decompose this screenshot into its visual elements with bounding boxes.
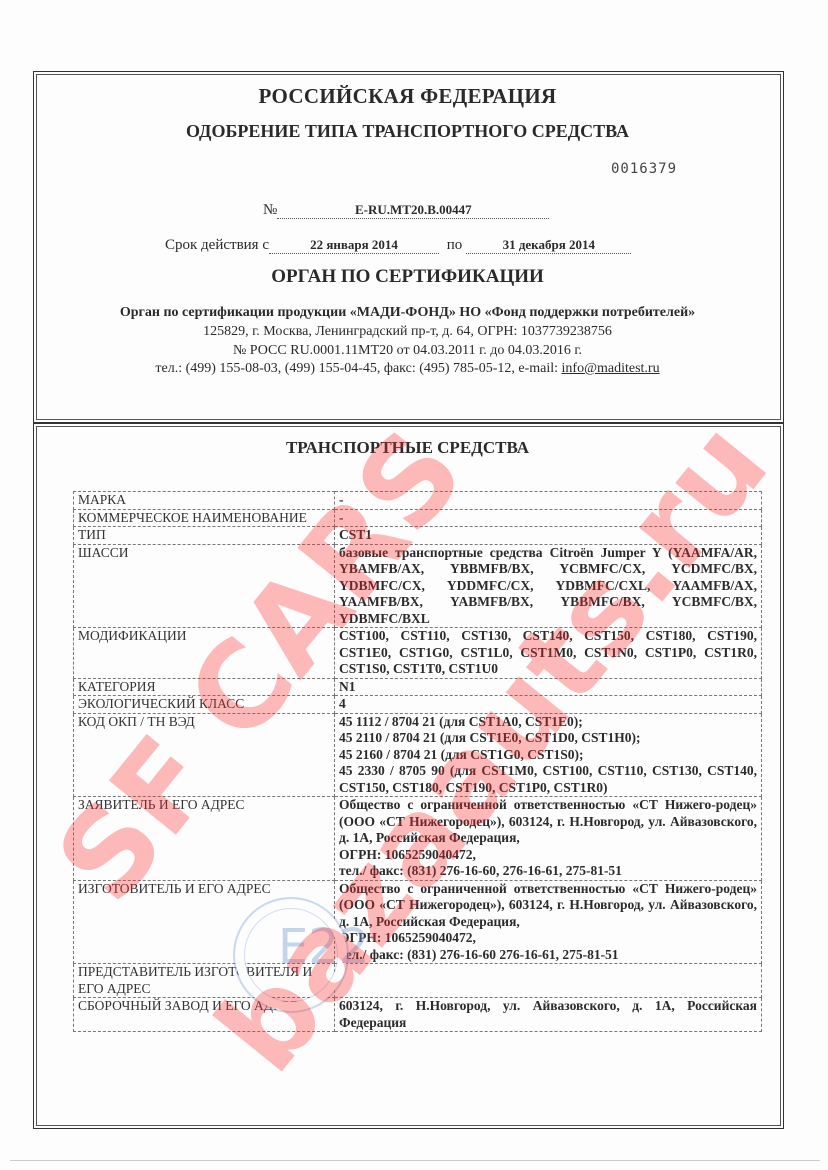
certification-body-title: ОРГАН ПО СЕРТИФИКАЦИИ [33, 266, 782, 288]
certification-body-accreditation: № РОСС RU.0001.11МТ20 от 04.03.2011 г. д… [33, 341, 782, 360]
row-value-line: Общество с ограниченной ответственностью… [339, 797, 757, 847]
row-value: 603124, г. Н.Новгород, ул. Айвазовского,… [335, 998, 762, 1032]
row-value-line: 45 2330 / 8705 90 (для CST1M0, CST100, C… [339, 763, 757, 796]
row-label: МАРКА [74, 492, 335, 510]
valid-from: 22 января 2014 [269, 237, 439, 254]
table-row: ПРЕДСТАВИТЕЛЬ ИЗГОТОВИТЕЛЯ И ЕГО АДРЕС- [74, 964, 762, 998]
row-value-line: тел./ факс: (831) 276-16-60, 276-16-61, … [339, 863, 757, 880]
row-value-line: 45 2160 / 8704 21 (для CST1G0, CST1S0); [339, 747, 757, 764]
document-title: ОДОБРЕНИЕ ТИПА ТРАНСПОРТНОГО СРЕДСТВА [33, 121, 782, 142]
stamp-mark: E22 [278, 919, 369, 975]
row-value: CST100, CST110, CST130, CST140, CST150, … [335, 628, 762, 679]
row-value: Общество с ограниченной ответственностью… [335, 880, 762, 964]
serial-number: 0016379 [611, 161, 677, 177]
page-edge [10, 1160, 820, 1161]
validity-label: Срок действия с [165, 237, 269, 253]
row-value: - [335, 509, 762, 527]
row-value: CST1 [335, 527, 762, 545]
certification-body-address: 125829, г. Москва, Ленинградский пр-т, д… [33, 322, 782, 341]
table-row: КОММЕРЧЕСКОЕ НАИМЕНОВАНИЕ- [74, 509, 762, 527]
approval-number-row: №E-RU.MT20.B.00447 [263, 202, 549, 219]
row-label: КОД ОКП / ТН ВЭД [74, 713, 335, 797]
table-row: ИЗГОТОВИТЕЛЬ И ЕГО АДРЕСОбщество с огран… [74, 880, 762, 964]
row-label: МОДИФИКАЦИИ [74, 628, 335, 679]
approval-number: E-RU.MT20.B.00447 [277, 202, 549, 219]
validity-row: Срок действия с22 января 2014 по31 декаб… [165, 237, 631, 254]
certification-body-name: Орган по сертификации продукции «МАДИ-ФО… [33, 303, 782, 322]
vehicle-table: МАРКА-КОММЕРЧЕСКОЕ НАИМЕНОВАНИЕ-ТИПCST1Ш… [73, 491, 762, 1032]
table-row: СБОРОЧНЫЙ ЗАВОД И ЕГО АДРЕС603124, г. Н.… [74, 998, 762, 1032]
row-value-line: ОГРН: 1065259040472, [339, 847, 757, 864]
table-row: МОДИФИКАЦИИCST100, CST110, CST130, CST14… [74, 628, 762, 679]
number-label: № [263, 202, 277, 218]
table-row: ЭКОЛОГИЧЕСКИЙ КЛАСС4 [74, 696, 762, 714]
validity-to-label: по [447, 237, 463, 253]
row-label: ЭКОЛОГИЧЕСКИЙ КЛАСС [74, 696, 335, 714]
row-label: ЗАЯВИТЕЛЬ И ЕГО АДРЕС [74, 797, 335, 881]
row-value-line: ОГРН: 1065259040472, [339, 930, 757, 947]
row-label: КАТЕГОРИЯ [74, 678, 335, 696]
table-row: ТИПCST1 [74, 527, 762, 545]
email-link[interactable]: info@maditest.ru [562, 361, 660, 376]
row-value: Общество с ограниченной ответственностью… [335, 797, 762, 881]
table-row: МАРКА- [74, 492, 762, 510]
row-value: - [335, 492, 762, 510]
table-row: ЗАЯВИТЕЛЬ И ЕГО АДРЕСОбщество с ограниче… [74, 797, 762, 881]
row-value: - [335, 964, 762, 998]
country-title: РОССИЙСКАЯ ФЕДЕРАЦИЯ [33, 84, 782, 109]
certification-body-contacts: тел.: (499) 155-08-03, (499) 155-04-45, … [33, 359, 782, 378]
row-value: 4 [335, 696, 762, 714]
row-label: ТИП [74, 527, 335, 545]
vehicles-title: ТРАНСПОРТНЫЕ СРЕДСТВА [33, 438, 782, 458]
row-value: 45 1112 / 8704 21 (для CST1A0, CST1E0);4… [335, 713, 762, 797]
row-value-line: тел./ факс: (831) 276-16-60 276-16-61, 2… [339, 947, 757, 964]
row-value-line: Общество с ограниченной ответственностью… [339, 881, 757, 931]
table-row: КАТЕГОРИЯN1 [74, 678, 762, 696]
row-value: N1 [335, 678, 762, 696]
official-stamp: E22 [233, 897, 349, 1013]
row-value-line: 45 2110 / 8704 21 (для CST1E0, CST1D0, C… [339, 730, 757, 747]
contacts-text: тел.: (499) 155-08-03, (499) 155-04-45, … [155, 361, 561, 376]
table-row: ШАССИбазовые транспортные средства Citro… [74, 544, 762, 628]
table-row: КОД ОКП / ТН ВЭД45 1112 / 8704 21 (для C… [74, 713, 762, 797]
row-label: ШАССИ [74, 544, 335, 628]
row-value-line: 45 1112 / 8704 21 (для CST1A0, CST1E0); [339, 714, 757, 731]
valid-to: 31 декабря 2014 [466, 237, 631, 254]
row-value: базовые транспортные средства Citroën Ju… [335, 544, 762, 628]
row-label: КОММЕРЧЕСКОЕ НАИМЕНОВАНИЕ [74, 509, 335, 527]
